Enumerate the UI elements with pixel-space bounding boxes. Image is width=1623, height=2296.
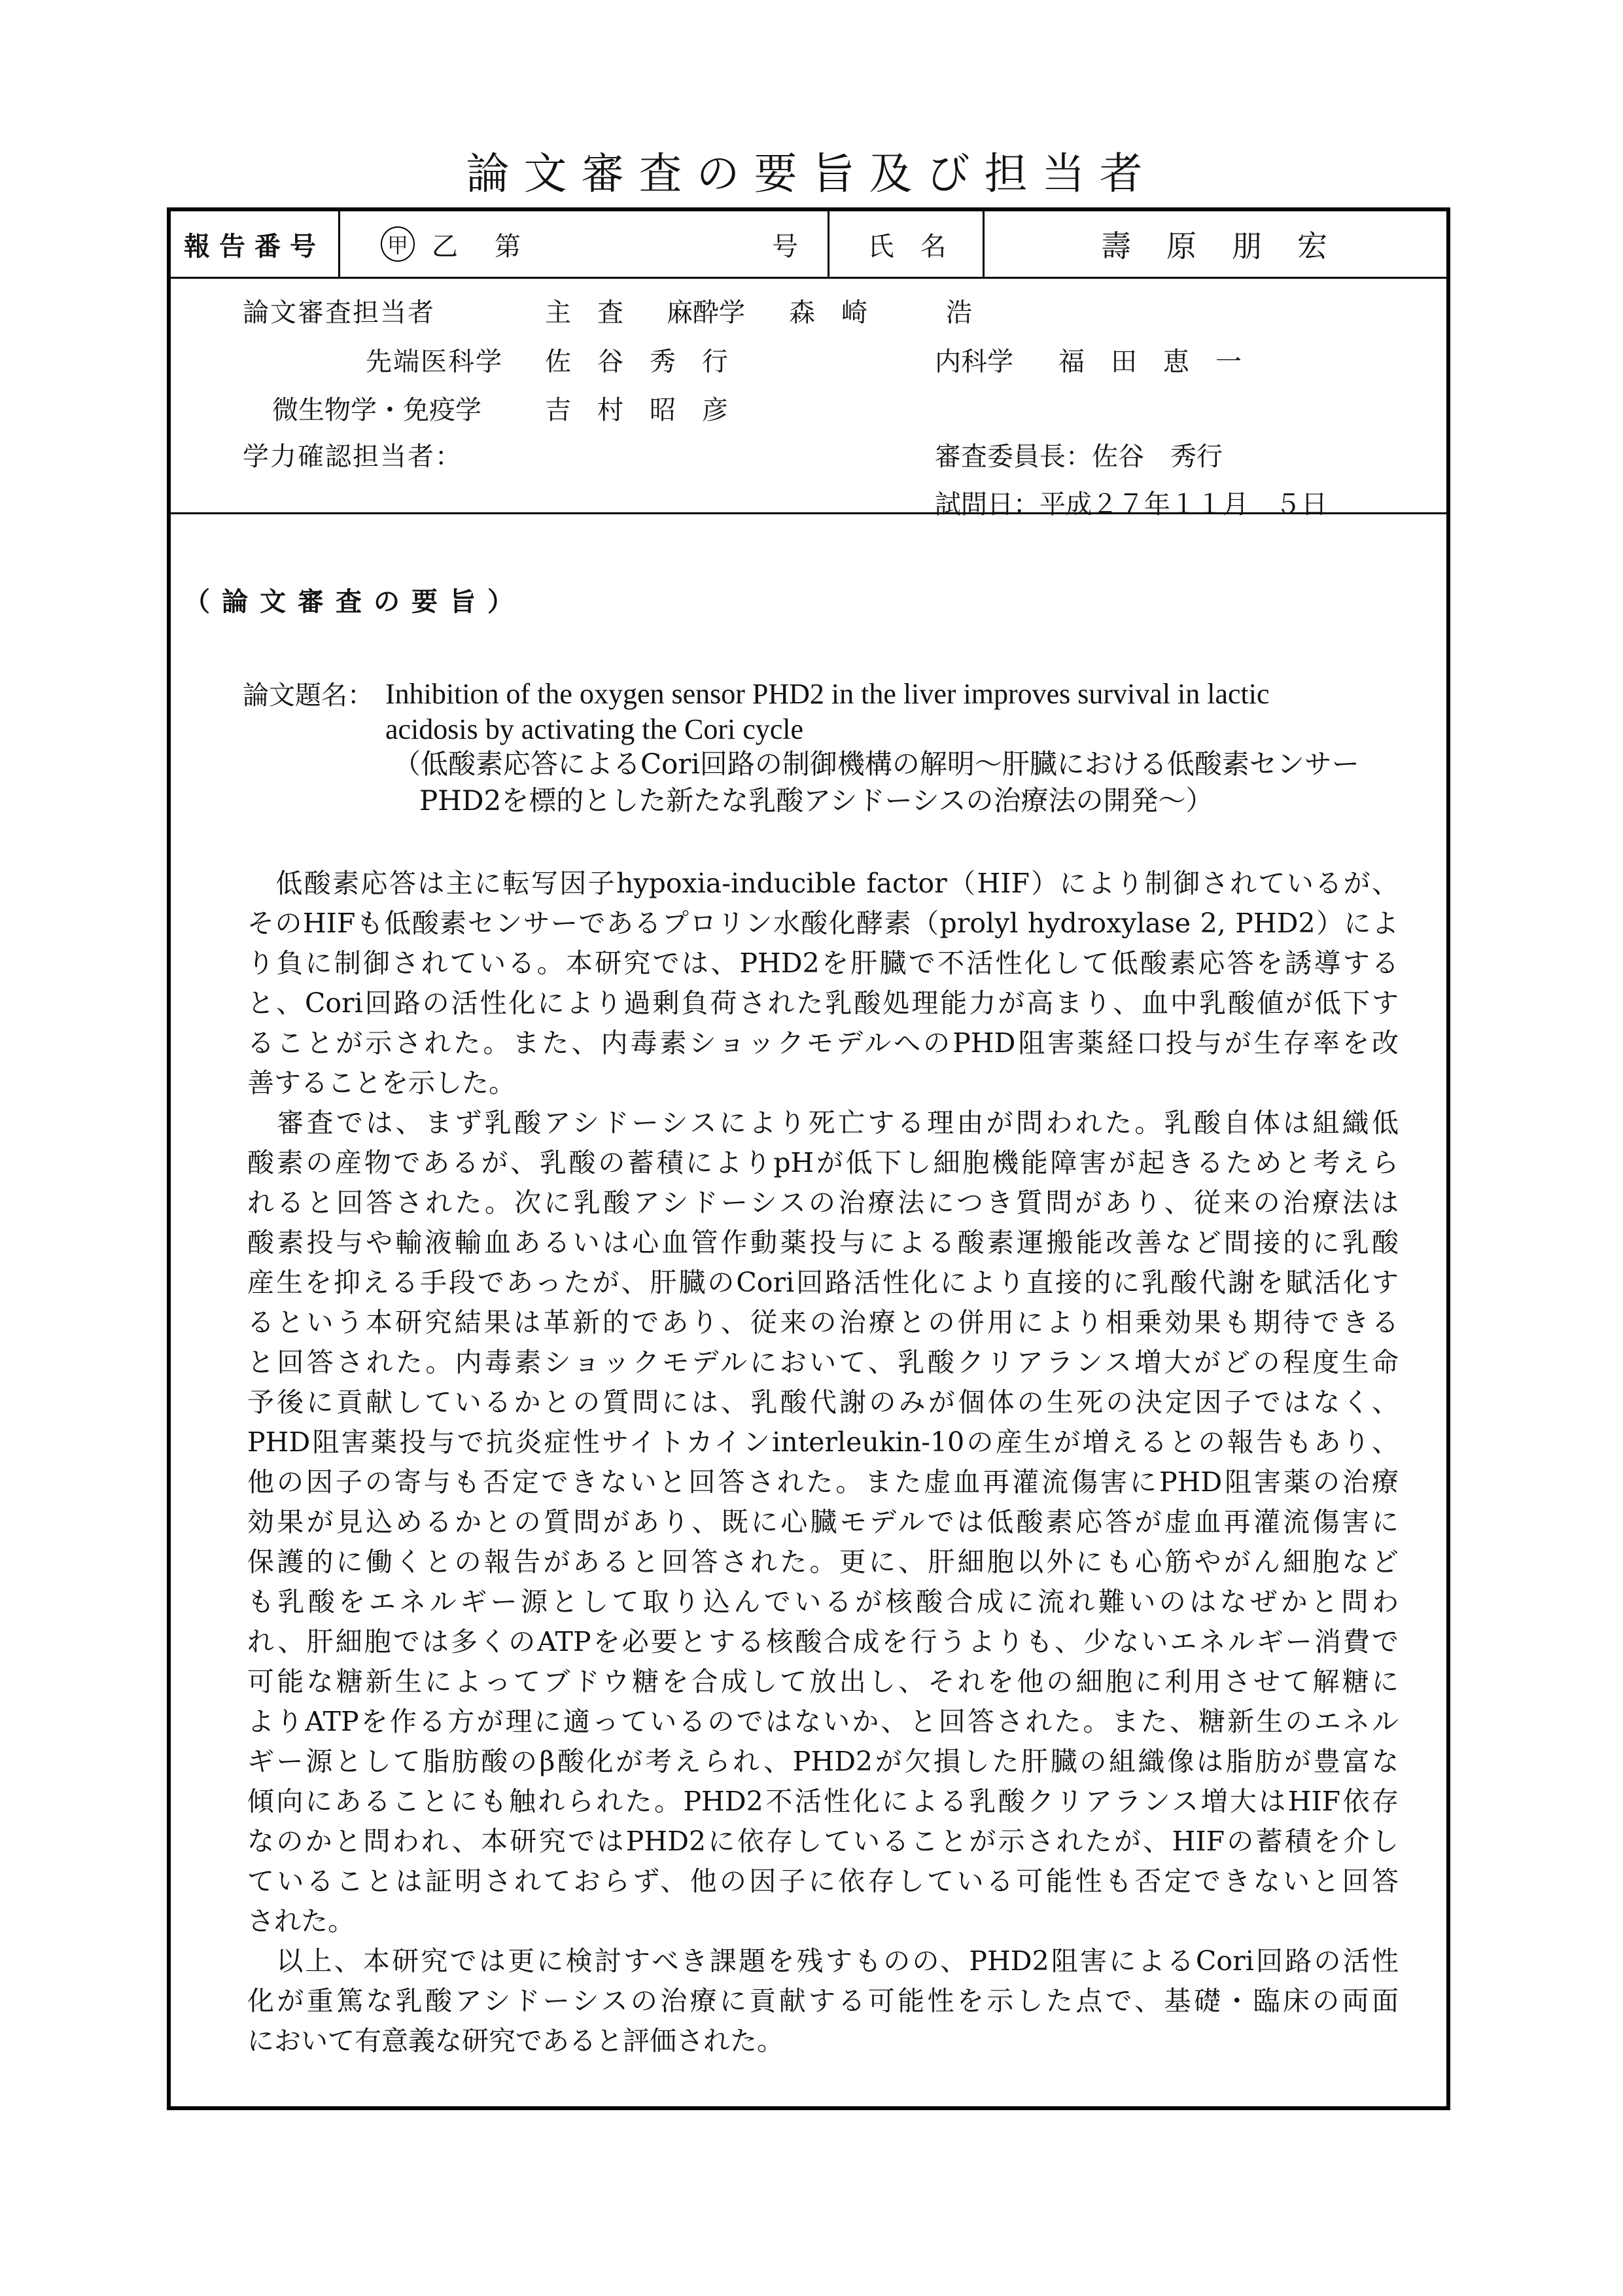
body-line: 保護的に働くとの報告があると回答された。更に、肝細胞以外にも心筋やがん細胞など — [247, 1549, 1399, 1576]
report-number-cell: 甲 乙 第 号 — [340, 211, 828, 277]
member-dept-1: 先端医科学 — [366, 349, 503, 375]
report-number-label: 報告番号 — [171, 211, 338, 277]
academic-check-label: 学力確認担当者： — [243, 444, 462, 470]
body-line: 可能な糖新生によってブドウ糖を合成して放出し、それを他の細胞に利用させて解糖に — [247, 1669, 1399, 1695]
body-line: よりATPを作る方が理に適っているのではないか、と回答された。また、糖新生のエネ… — [247, 1708, 1399, 1735]
body-line: そのHIFも低酸素センサーであるプロリン水酸化酵素（prolyl hydroxy… — [247, 910, 1399, 937]
name-label: 氏 名 — [829, 211, 985, 277]
chief-dept: 麻酔学 — [667, 300, 745, 326]
review-form-frame: 報告番号 甲 乙 第 号 氏 名 壽 原 朋 宏 論文審査担当者 主 査 麻酔学… — [167, 207, 1450, 2110]
body-line: 低酸素応答は主に転写因子hypoxia-inducible factor（HIF… — [247, 870, 1399, 897]
otsu-label: 乙 — [432, 226, 458, 263]
exam-date: 試問日：平成２７年１１月 ５日 — [935, 491, 1327, 518]
dai-label: 第 — [495, 226, 521, 263]
member-dept-2: 内科学 — [935, 349, 1013, 375]
kou-circled-mark: 甲 — [381, 226, 415, 262]
body-line: 以上、本研究では更に検討すべき課題を残すものの、PHD2阻害によるCori回路の… — [247, 1948, 1399, 1975]
body-line: において有意義な研究であると評価された。 — [247, 2028, 1399, 2055]
body-line: と回答された。内毒素ショックモデルにおいて、乳酸クリアランス増大がどの程度生命 — [247, 1349, 1399, 1376]
student-name: 壽 原 朋 宏 — [985, 211, 1446, 277]
body-line: 効果が見込めるかとの質問があり、既に心臓モデルでは低酸素応答が虚血再灌流傷害に — [247, 1509, 1399, 1536]
body-line: 善することを示した。 — [247, 1070, 1399, 1097]
body-line: ることが示された。また、内毒素ショックモデルへのPHD阻害薬経口投与が生存率を改 — [247, 1030, 1399, 1057]
body-line: ギー源として脂肪酸のβ酸化が考えられ、PHD2が欠損した肝臓の組織像は脂肪が豊富… — [247, 1748, 1399, 1775]
paper-title-ja-line-2: PHD2を標的とした新たな乳酸アシドーシスの治療法の開発〜） — [419, 787, 1213, 815]
page-title: 論文審査の要旨及び担当者 — [0, 139, 1623, 201]
member-name-3: 吉 村 昭 彦 — [545, 397, 728, 423]
body-line: なのかと問われ、本研究ではPHD2に依存していることが示されたが、HIFの蓄積を… — [247, 1828, 1399, 1855]
committee-chair: 審査委員長：佐谷 秀行 — [935, 444, 1223, 470]
body-line: 酸素投与や輸液輸血あるいは心血管作動薬投与による酸素運搬能改善など間接的に乳酸 — [247, 1229, 1399, 1256]
body-line: 他の因子の寄与も否定できないと回答された。また虚血再灌流傷害にPHD阻害薬の治療 — [247, 1469, 1399, 1496]
examiners-section: 論文審査担当者 主 査 麻酔学 森 崎 浩 先端医科学 佐 谷 秀 行 内科学 … — [171, 277, 1446, 514]
chief-role: 主 査 — [545, 300, 623, 326]
body-line: 化が重篤な乳酸アシドーシスの治療に貢献する可能性を示した点で、基礎・臨床の両面 — [247, 1988, 1399, 2015]
summary-heading: （論文審査の要旨） — [184, 589, 525, 615]
body-line: れると回答された。次に乳酸アシドーシスの治療法につき質問があり、従来の治療法は — [247, 1190, 1399, 1216]
body-line: れ、肝細胞では多くのATPを必要とする核酸合成を行うよりも、少ないエネルギー消費… — [247, 1629, 1399, 1655]
body-line: と、Cori回路の活性化により過剰負荷された乳酸処理能力が高まり、血中乳酸値が低… — [247, 990, 1399, 1017]
body-line: ていることは証明されておらず、他の因子に依存している可能性も否定できないと回答 — [247, 1868, 1399, 1895]
body-line: り負に制御されている。本研究では、PHD2を肝臓で不活性化して低酸素応答を誘導す… — [247, 950, 1399, 977]
body-line: 審査では、まず乳酸アシドーシスにより死亡する理由が問われた。乳酸自体は組織低 — [247, 1110, 1399, 1137]
paper-title-label: 論文題名： — [243, 682, 374, 709]
body-line: 酸素の産物であるが、乳酸の蓄積によりpHが低下し細胞機能障害が起きるためと考えら — [247, 1150, 1399, 1176]
body-line: PHD阻害薬投与で抗炎症性サイトカインinterleukin-10の産生が増える… — [247, 1429, 1399, 1456]
body-line: 産生を抑える手段であったが、肝臓のCori回路活性化により直接的に乳酸代謝を賦活… — [247, 1269, 1399, 1296]
examiners-label: 論文審査担当者 — [243, 300, 435, 326]
member-name-2: 福 田 恵 一 — [1058, 349, 1242, 375]
member-dept-3: 微生物学・免疫学 — [272, 397, 481, 423]
member-name-1: 佐 谷 秀 行 — [545, 349, 728, 375]
paper-title-ja-line-1: （低酸素応答によるCori回路の制御機構の解明〜肝臓における低酸素センサー — [393, 751, 1359, 778]
body-line: も乳酸をエネルギー源として取り込んでいるが核酸合成に流れ難いのはなぜかと問わ — [247, 1589, 1399, 1616]
chief-name: 森 崎 浩 — [789, 300, 972, 326]
body-line: 傾向にあることにも触れられた。PHD2不活性化による乳酸クリアランス増大はHIF… — [247, 1788, 1399, 1815]
body-line: された。 — [247, 1908, 1399, 1935]
gou-label: 号 — [772, 226, 798, 263]
paper-title-en-line-1: Inhibition of the oxygen sensor PHD2 in … — [385, 680, 1270, 709]
body-line: るという本研究結果は革新的であり、従来の治療との併用により相乗効果も期待できる — [247, 1309, 1399, 1336]
body-line: 予後に貢献しているかとの質問には、乳酸代謝のみが個体の生死の決定因子ではなく、 — [247, 1389, 1399, 1416]
paper-title-en-line-2: acidosis by activating the Cori cycle — [385, 715, 803, 744]
report-header-row: 報告番号 甲 乙 第 号 氏 名 壽 原 朋 宏 — [171, 211, 1446, 279]
